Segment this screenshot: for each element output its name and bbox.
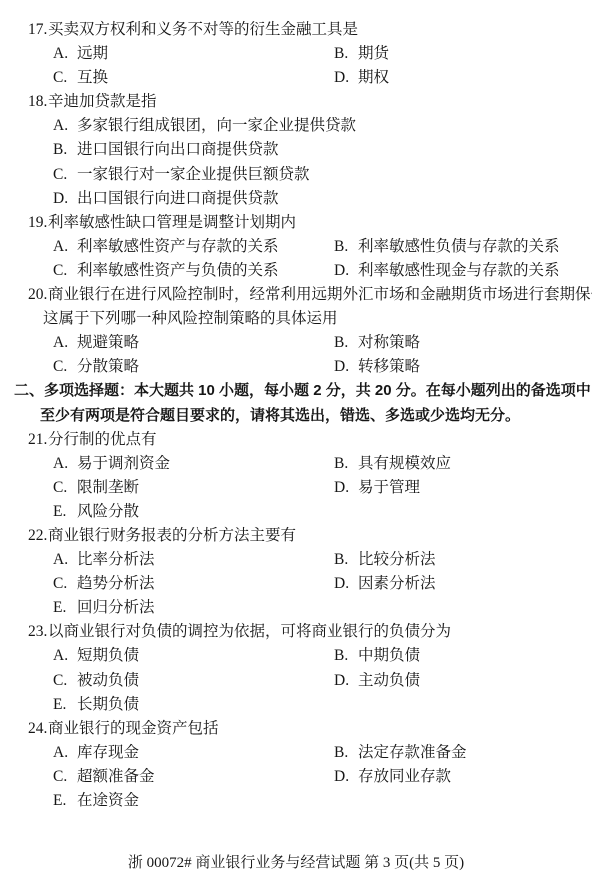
question-18: 18. 辛迪加贷款是指 [0, 90, 592, 114]
option-letter: A. [53, 644, 77, 668]
option-letter: A. [53, 42, 77, 66]
question-23-option-c: C. 被动负债 [53, 669, 334, 693]
option-text: 因素分析法 [358, 572, 436, 596]
option-letter: A. [53, 452, 77, 476]
option-letter: C. [53, 259, 77, 283]
question-24-option-b: B. 法定存款准备金 [334, 741, 467, 765]
option-text: 出口国银行向进口商提供贷款 [77, 187, 279, 211]
option-letter: A. [53, 114, 77, 138]
option-letter: B. [53, 138, 77, 162]
option-letter: C. [53, 66, 77, 90]
option-text: 趋势分析法 [77, 572, 155, 596]
question-21-option-a: A. 易于调剂资金 [53, 452, 334, 476]
question-20: 20. 商业银行在进行风险控制时，经常利用远期外汇市场和金融期货市场进行套期保值… [0, 283, 592, 307]
question-20-option-c: C. 分散策略 [53, 355, 334, 379]
option-letter: C. [53, 765, 77, 789]
option-letter: B. [334, 741, 358, 765]
section-two-header: 二、 多项选择题：本大题共 10 小题，每小题 2 分，共 20 分。在每小题列… [0, 379, 592, 403]
option: E. 回归分析法 [53, 596, 155, 620]
question-17-stem: 买卖双方权利和义务不对等的衍生金融工具是 [48, 18, 358, 42]
question-22-options-row-1: A. 比率分析法 B. 比较分析法 [0, 548, 592, 572]
option-text: 法定存款准备金 [358, 741, 467, 765]
option-letter: D. [334, 355, 358, 379]
question-22-option-b: B. 比较分析法 [334, 548, 436, 572]
question-20-options-row-1: A. 规避策略 B. 对称策略 [0, 331, 592, 355]
question-20-number: 20. [28, 283, 48, 307]
question-23: 23. 以商业银行对负债的调控为依据，可将商业银行的负债分为 [0, 620, 592, 644]
option-text: 规避策略 [77, 331, 139, 355]
question-24-option-a: A. 库存现金 [53, 741, 334, 765]
option-text: 多家银行组成银团，向一家企业提供贷款 [77, 114, 356, 138]
question-18-option-d: D. 出口国银行向进口商提供贷款 [0, 187, 592, 211]
option-text: 一家银行对一家企业提供巨额贷款 [77, 163, 310, 187]
question-22-number: 22. [28, 524, 48, 548]
option: C. 一家银行对一家企业提供巨额贷款 [53, 163, 310, 187]
page-footer: 浙 00072# 商业银行业务与经营试题 第 3 页(共 5 页) [0, 851, 592, 872]
question-19-stem: 利率敏感性缺口管理是调整计划期内 [48, 211, 296, 235]
option-text: 超额准备金 [77, 765, 155, 789]
option-text: 短期负债 [77, 644, 139, 668]
question-20-stem-line2: 这属于下列哪一种风险控制策略的具体运用 [0, 307, 592, 331]
question-19-option-b: B. 利率敏感性负债与存款的关系 [334, 235, 560, 259]
question-21-option-e: E. 风险分散 [0, 500, 592, 524]
question-19: 19. 利率敏感性缺口管理是调整计划期内 [0, 211, 592, 235]
option-text: 远期 [77, 42, 108, 66]
option-letter: E. [53, 789, 77, 813]
option-text: 对称策略 [358, 331, 420, 355]
question-21-options-row-2: C. 限制垄断 D. 易于管理 [0, 476, 592, 500]
question-17-number: 17. [28, 18, 48, 42]
option-letter: A. [53, 741, 77, 765]
option-letter: D. [334, 669, 358, 693]
option: E. 长期负债 [53, 693, 139, 717]
option-text: 期权 [358, 66, 389, 90]
question-24-options-row-2: C. 超额准备金 D. 存放同业存款 [0, 765, 592, 789]
option: D. 出口国银行向进口商提供贷款 [53, 187, 279, 211]
option-letter: D. [53, 187, 77, 211]
option-letter: A. [53, 331, 77, 355]
question-24-option-e: E. 在途资金 [0, 789, 592, 813]
question-21-options-row-1: A. 易于调剂资金 B. 具有规模效应 [0, 452, 592, 476]
option-text: 存放同业存款 [358, 765, 451, 789]
option-letter: C. [53, 355, 77, 379]
question-22-option-e: E. 回归分析法 [0, 596, 592, 620]
question-18-option-a: A. 多家银行组成银团，向一家企业提供贷款 [0, 114, 592, 138]
option-letter: B. [334, 548, 358, 572]
question-24-number: 24. [28, 717, 48, 741]
option-letter: D. [334, 572, 358, 596]
question-21-option-c: C. 限制垄断 [53, 476, 334, 500]
option-text: 比较分析法 [358, 548, 436, 572]
question-21-option-b: B. 具有规模效应 [334, 452, 451, 476]
question-17-option-c: C. 互换 [53, 66, 334, 90]
option-letter: E. [53, 596, 77, 620]
question-22: 22. 商业银行财务报表的分析方法主要有 [0, 524, 592, 548]
question-22-option-a: A. 比率分析法 [53, 548, 334, 572]
question-23-stem: 以商业银行对负债的调控为依据，可将商业银行的负债分为 [48, 620, 451, 644]
question-23-options-row-2: C. 被动负债 D. 主动负债 [0, 669, 592, 693]
option-letter: B. [334, 42, 358, 66]
question-23-option-e: E. 长期负债 [0, 693, 592, 717]
question-24-options-row-1: A. 库存现金 B. 法定存款准备金 [0, 741, 592, 765]
option-letter: A. [53, 235, 77, 259]
question-23-number: 23. [28, 620, 48, 644]
question-21: 21. 分行制的优点有 [0, 428, 592, 452]
option-text: 易于管理 [358, 476, 420, 500]
question-17: 17. 买卖双方权利和义务不对等的衍生金融工具是 [0, 18, 592, 42]
section-two-instructions-line1: 多项选择题：本大题共 10 小题，每小题 2 分，共 20 分。在每小题列出的备… [44, 379, 591, 403]
question-17-option-a: A. 远期 [53, 42, 334, 66]
question-17-options-row-1: A. 远期 B. 期货 [0, 42, 592, 66]
section-two-instructions-line2: 至少有两项是符合题目要求的，请将其选出，错选、多选或少选均无分。 [0, 404, 592, 428]
question-20-option-b: B. 对称策略 [334, 331, 420, 355]
option-text: 比率分析法 [77, 548, 155, 572]
question-22-options-row-2: C. 趋势分析法 D. 因素分析法 [0, 572, 592, 596]
question-22-option-c: C. 趋势分析法 [53, 572, 334, 596]
option-letter: C. [53, 476, 77, 500]
question-18-option-c: C. 一家银行对一家企业提供巨额贷款 [0, 163, 592, 187]
question-17-options-row-2: C. 互换 D. 期权 [0, 66, 592, 90]
option-letter: D. [334, 66, 358, 90]
option-text: 利率敏感性资产与存款的关系 [77, 235, 279, 259]
option-text: 期货 [358, 42, 389, 66]
question-18-stem: 辛迪加贷款是指 [48, 90, 157, 114]
option-text: 进口国银行向出口商提供贷款 [77, 138, 279, 162]
question-17-option-d: D. 期权 [334, 66, 389, 90]
option-letter: B. [334, 331, 358, 355]
question-18-number: 18. [28, 90, 48, 114]
option: E. 在途资金 [53, 789, 139, 813]
question-20-stem-line1: 商业银行在进行风险控制时，经常利用远期外汇市场和金融期货市场进行套期保值， [48, 283, 592, 307]
question-24-stem: 商业银行的现金资产包括 [48, 717, 219, 741]
option-text: 利率敏感性资产与负债的关系 [77, 259, 279, 283]
option-text: 被动负债 [77, 669, 139, 693]
option-letter: C. [53, 163, 77, 187]
option-letter: D. [334, 259, 358, 283]
option-text: 利率敏感性负债与存款的关系 [358, 235, 560, 259]
option-letter: C. [53, 669, 77, 693]
question-23-option-a: A. 短期负债 [53, 644, 334, 668]
option: A. 多家银行组成银团，向一家企业提供贷款 [53, 114, 356, 138]
question-19-option-c: C. 利率敏感性资产与负债的关系 [53, 259, 334, 283]
option-text: 利率敏感性现金与存款的关系 [358, 259, 560, 283]
option-letter: B. [334, 452, 358, 476]
question-18-option-b: B. 进口国银行向出口商提供贷款 [0, 138, 592, 162]
question-20-options-row-2: C. 分散策略 D. 转移策略 [0, 355, 592, 379]
question-19-option-a: A. 利率敏感性资产与存款的关系 [53, 235, 334, 259]
option-text: 中期负债 [358, 644, 420, 668]
exam-content: 17. 买卖双方权利和义务不对等的衍生金融工具是 A. 远期 B. 期货 C. … [0, 0, 592, 813]
option-letter: D. [334, 765, 358, 789]
question-19-options-row-1: A. 利率敏感性资产与存款的关系 B. 利率敏感性负债与存款的关系 [0, 235, 592, 259]
option-letter: E. [53, 693, 77, 717]
question-20-option-a: A. 规避策略 [53, 331, 334, 355]
question-19-options-row-2: C. 利率敏感性资产与负债的关系 D. 利率敏感性现金与存款的关系 [0, 259, 592, 283]
exam-paper-page: 17. 买卖双方权利和义务不对等的衍生金融工具是 A. 远期 B. 期货 C. … [0, 0, 592, 885]
option-text: 回归分析法 [77, 596, 155, 620]
option-letter: B. [334, 644, 358, 668]
option-text: 长期负债 [77, 693, 139, 717]
question-19-option-d: D. 利率敏感性现金与存款的关系 [334, 259, 560, 283]
option-letter: C. [53, 572, 77, 596]
question-17-option-b: B. 期货 [334, 42, 389, 66]
option-text: 在途资金 [77, 789, 139, 813]
question-20-option-d: D. 转移策略 [334, 355, 420, 379]
question-19-number: 19. [28, 211, 48, 235]
option: B. 进口国银行向出口商提供贷款 [53, 138, 279, 162]
option-text: 互换 [77, 66, 108, 90]
question-24-option-d: D. 存放同业存款 [334, 765, 451, 789]
question-24: 24. 商业银行的现金资产包括 [0, 717, 592, 741]
question-21-option-d: D. 易于管理 [334, 476, 420, 500]
question-21-number: 21. [28, 428, 48, 452]
question-23-options-row-1: A. 短期负债 B. 中期负债 [0, 644, 592, 668]
question-23-option-d: D. 主动负债 [334, 669, 420, 693]
option-text: 分散策略 [77, 355, 139, 379]
section-two-marker: 二、 [14, 379, 44, 403]
option-letter: B. [334, 235, 358, 259]
question-22-stem: 商业银行财务报表的分析方法主要有 [48, 524, 296, 548]
question-22-option-d: D. 因素分析法 [334, 572, 436, 596]
question-23-option-b: B. 中期负债 [334, 644, 420, 668]
question-24-option-c: C. 超额准备金 [53, 765, 334, 789]
question-21-stem: 分行制的优点有 [48, 428, 157, 452]
option-text: 库存现金 [77, 741, 139, 765]
option-text: 具有规模效应 [358, 452, 451, 476]
option-text: 风险分散 [77, 500, 139, 524]
option-text: 主动负债 [358, 669, 420, 693]
option-text: 转移策略 [358, 355, 420, 379]
option-letter: A. [53, 548, 77, 572]
option-letter: D. [334, 476, 358, 500]
option-text: 限制垄断 [77, 476, 139, 500]
option-letter: E. [53, 500, 77, 524]
option: E. 风险分散 [53, 500, 139, 524]
option-text: 易于调剂资金 [77, 452, 170, 476]
